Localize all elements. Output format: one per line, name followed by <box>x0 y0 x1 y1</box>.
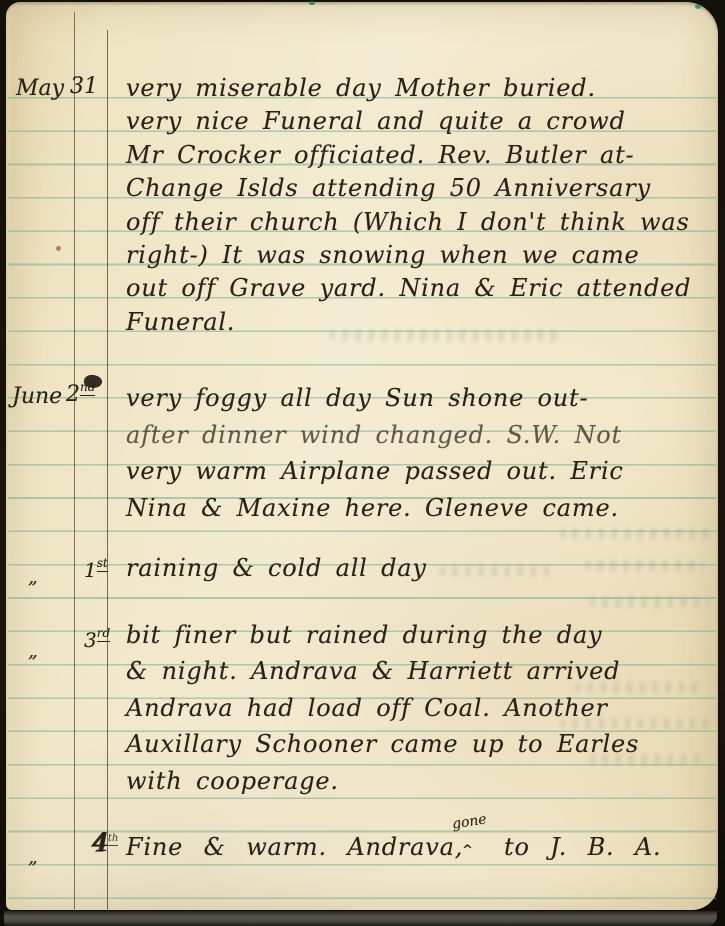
diary-entry-body: raining & cold all day <box>126 551 427 585</box>
diary-entry-body: bit finer but rained during the day & ni… <box>126 617 639 799</box>
diary-entry-body: very miserable day Mother buried. very n… <box>126 72 691 339</box>
caret-mark: ^ <box>462 843 473 858</box>
handwriting-line: Andrava had load off Coal. Another <box>126 690 639 726</box>
entry-date-day: 31 <box>70 74 98 99</box>
handwriting-line: Funeral. <box>126 306 691 339</box>
handwriting-line: very nice Funeral and quite a crowd <box>126 105 691 138</box>
handwriting-line: right-) It was snowing when we came <box>126 239 691 272</box>
day-number: 2 <box>66 382 80 407</box>
bleed-through-smudge <box>440 565 550 576</box>
handwriting-line: off their church (Which I don't think wa… <box>126 206 691 239</box>
margin-rule-left <box>74 12 75 914</box>
entry-date-month: „ <box>28 640 36 662</box>
scanned-diary-photo: May 31 very miserable day Mother buried.… <box>0 0 725 926</box>
handwriting-line: very warm Airplane passed out. Eric <box>126 453 624 490</box>
day-number: 4 <box>92 828 108 857</box>
book-page-edges <box>4 911 717 926</box>
handwriting-line: raining & cold all day <box>126 551 427 585</box>
ink-speck <box>309 1 315 5</box>
ink-speck <box>56 246 61 251</box>
handwriting-line: Fine & warm. Andrava, to J. B. A. <box>126 830 661 864</box>
bleed-through-smudge <box>585 560 705 571</box>
day-suffix: st <box>97 556 108 572</box>
day-suffix: rd <box>97 626 110 642</box>
handwriting-line: & night. Andrava & Harriett arrived <box>126 653 639 689</box>
handwriting-line: bit finer but rained during the day <box>126 617 639 653</box>
entry-date-month: May <box>16 76 64 101</box>
diary-entry-body: Fine & warm. Andrava, to J. B. A. <box>126 830 661 864</box>
entry-date-day: 1st <box>84 558 108 582</box>
handwriting-line: very foggy all day Sun shone out- <box>126 380 624 417</box>
entry-date-month: „ <box>28 846 36 868</box>
bleed-through-smudge <box>560 528 710 539</box>
handwriting-line: after dinner wind changed. S.W. Not <box>126 417 624 454</box>
handwriting-line: Nina & Maxine here. Gleneve came. <box>126 490 624 527</box>
entry-date-month: June <box>12 384 62 409</box>
handwriting-line: very miserable day Mother buried. <box>126 72 691 105</box>
bleed-through-smudge <box>590 596 710 607</box>
entry-date-day: 4th <box>92 828 118 857</box>
margin-rule-right <box>107 30 108 918</box>
ink-speck <box>695 4 701 9</box>
diary-entry-body: very foggy all day Sun shone out- after … <box>126 380 624 526</box>
entry-date-month: „ <box>28 566 36 588</box>
day-suffix: th <box>108 833 118 846</box>
handwriting-line: Auxillary Schooner came up to Earles <box>126 726 639 762</box>
handwriting-line: out off Grave yard. Nina & Eric attended <box>126 272 691 305</box>
handwriting-line: Change Islds attending 50 Anniversary <box>126 172 691 205</box>
entry-date-day: 3rd <box>84 628 110 652</box>
day-number: 1 <box>84 558 97 582</box>
handwriting-line: with cooperage. <box>126 763 639 799</box>
handwriting-line: Mr Crocker officiated. Rev. Butler at- <box>126 139 691 172</box>
day-number: 3 <box>84 628 97 652</box>
